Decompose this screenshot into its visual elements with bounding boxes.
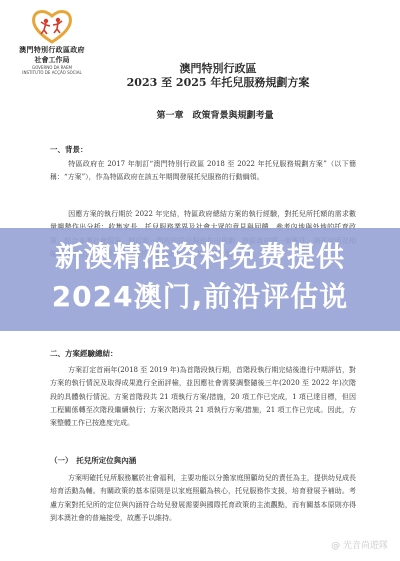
paragraph-positioning: 方案明確托兒所服務屬於社會福利，主要功能以分擔家庭照顧幼兒的責任為主，提供幼兒成… [50,472,356,525]
subsection-heading: （一） 托兒所定位與內涵 [50,455,136,466]
paragraph-text: 特區政府在 2017 年制訂“澳門特別行政區 2018 至 2022 年托兒服務… [50,160,356,181]
chapter-heading: 第一章 政策背景與規劃考量 [0,108,400,121]
banner-headline-line1: 新澳精准资料免费提供 [0,235,400,275]
paragraph-background-1: 特區政府在 2017 年制訂“澳門特別行政區 2018 至 2022 年托兒服務… [50,158,356,185]
document-title-line2: 2023 至 2025 年托兒服務規劃方案 [0,74,400,90]
heart-logo-icon [30,8,74,44]
paragraph-text: 方案訂定首兩年(2018 至 2019 年)為首階段執行期，首階段執行期完結後進… [50,366,356,427]
paragraph-summary: 方案訂定首兩年(2018 至 2019 年)為首階段執行期，首階段執行期完結後進… [50,364,356,430]
section-heading-background: 一、背景： [50,144,88,155]
source-watermark: @ 光音尚遊隊 [331,538,388,551]
banner-headline-line2: 2024澳门,前沿评估说 [0,275,400,315]
section-heading-summary: 二、方案經驗總結： [50,348,118,359]
logo-org-zh: 澳門特別行政區政府 [12,45,92,55]
paragraph-text: 方案明確托兒所服務屬於社會福利，主要功能以分擔家庭照顧幼兒的責任為主，提供幼兒成… [50,474,356,522]
